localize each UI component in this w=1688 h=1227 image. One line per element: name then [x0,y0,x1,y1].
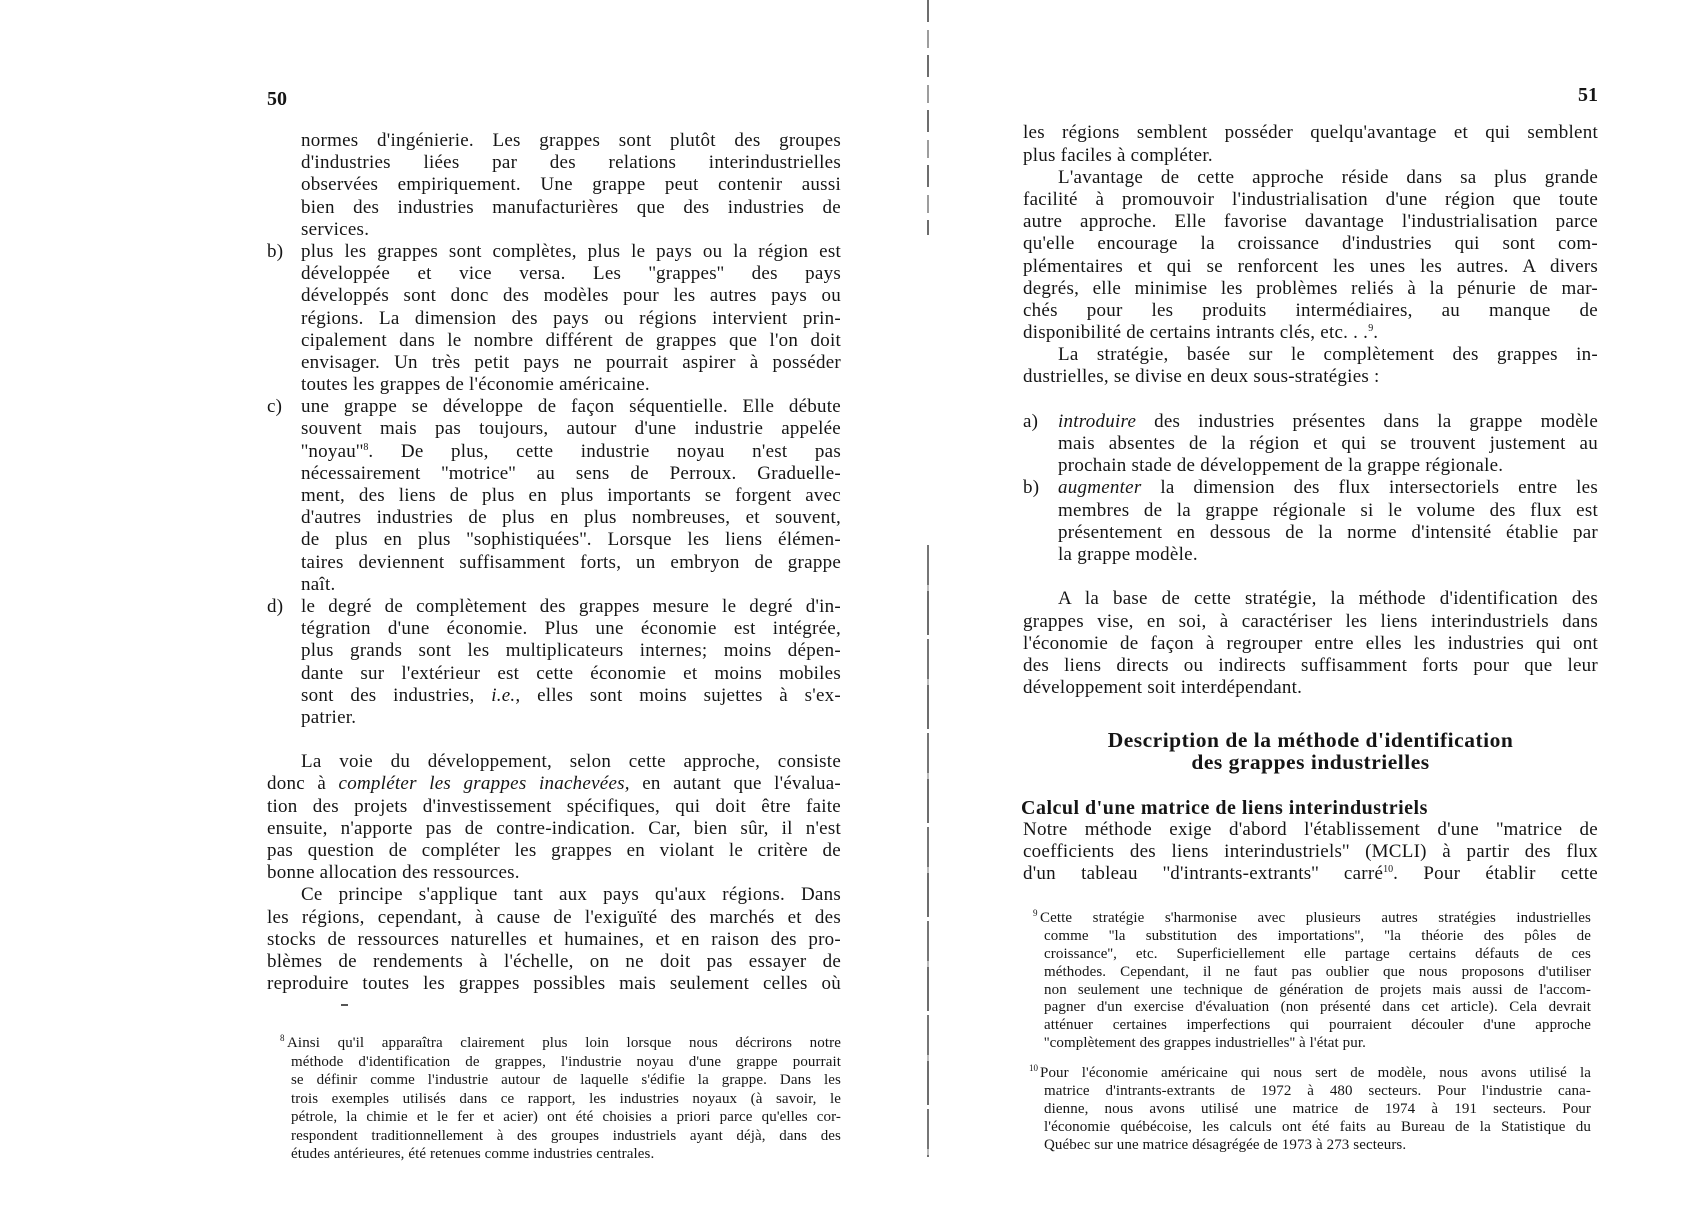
right-page-body: les régions semblent posséder quelqu'ava… [1023,122,1598,699]
text-line: des liens directs ou indirects suffisamm… [1023,655,1598,677]
text-segment: Pour l'économie américaine qui nous sert… [1040,1065,1591,1081]
text-line: nécessairement ''motrice'' au sens de Pe… [301,463,841,485]
text-line: services. [301,219,841,241]
text-line: de plus en plus ''sophistiquées''. Lorsq… [301,529,841,551]
footnote-ref: 10 [1383,864,1393,875]
footnote-ref: 8 [363,442,368,453]
text-line: chés pour les produits intermédiaires, a… [1023,300,1598,322]
text-line: le degré de complètement des grappes mes… [301,596,841,617]
text-line: ment, des liens de plus en plus importan… [301,485,841,507]
text-segment: disponibilité de certains intrants clés,… [1023,322,1368,343]
text-line: La voie du développement, selon cette ap… [267,751,841,773]
footnote-line: atténuer certaines imperfections qui pou… [1044,1017,1591,1035]
text-line: ''noyau''8. De plus, cette industrie noy… [301,441,841,463]
page-number-left: 50 [267,88,287,110]
text-line: ensuite, n'apporte pas de contre-indicat… [267,818,841,840]
italic-text: i.e., [491,685,520,706]
list-item-c: c)une grappe se développe de façon séque… [301,396,841,418]
left-page-body: normes d'ingénierie. Les grappes sont pl… [267,130,841,995]
text-line: reproduire toutes les grappes possibles … [267,973,841,995]
book-gutter-line [927,0,929,235]
text-line: présentement en dessous de la norme d'in… [1058,522,1598,544]
text-segment: . [1373,322,1378,343]
text-line: l'économie de façon à regrouper entre el… [1023,633,1598,655]
text-segment: . Pour établir cette [1393,863,1598,884]
text-line: coefficients des liens interindustriels'… [1023,841,1598,863]
list-item-b: b)plus les grappes sont complètes, plus … [301,241,841,263]
list-item-d: d)le degré de complètement des grappes m… [301,596,841,618]
text-segment: Cette stratégie s'harmonise avec plusieu… [1040,910,1591,926]
text-line: d'un tableau ''d'intrants-extrants'' car… [1023,863,1598,885]
text-line: qu'elle encourage la croissance d'indust… [1023,233,1598,255]
heading-line: Description de la méthode d'identificati… [1023,730,1598,752]
text-line: stocks de ressources naturelles et humai… [267,929,841,951]
section-heading: Description de la méthode d'identificati… [1023,730,1598,773]
footnote-9: 9Cette stratégie s'harmonise avec plusie… [1044,910,1591,1053]
footnote-line: l'économie québécoise, les calculs ont é… [1044,1118,1591,1136]
footnote-line: croissance'', etc. Superficiellement ell… [1044,946,1591,964]
list-item-b: b)augmenter la dimension des flux inters… [1058,477,1598,499]
footnote-line: 9Cette stratégie s'harmonise avec plusie… [1040,910,1591,928]
text-line: tégration d'une économie. Plus une écono… [301,618,841,640]
text-line: développée et vice versa. Les ''grappes'… [301,263,841,285]
text-line: régions. La dimension des pays ou région… [301,308,841,330]
text-line: sont des industries, i.e., elles sont mo… [301,685,841,707]
footnote-line: non seulement une technique de génératio… [1044,982,1591,1000]
text-segment: donc à [267,773,339,794]
text-line: bonne allocation des ressources. [267,862,841,884]
footnote-line: respondent traditionnellement à des grou… [291,1127,841,1146]
footnote-line: comme ''la substitution des importations… [1044,928,1591,946]
italic-text: augmenter [1058,477,1142,498]
text-line: taires deviennent suffisamment forts, un… [301,552,841,574]
text-segment: sont des industries, [301,685,491,706]
scan-artifact [341,1004,348,1006]
text-line: bien des industries manufacturières que … [301,197,841,219]
text-line: cipalement dans le nombre différent de g… [301,330,841,352]
text-line: facilité à promouvoir l'industrialisatio… [1023,189,1598,211]
text-line: dustrielles, se divise en deux sous-stra… [1023,366,1598,388]
list-item-a: a)introduire des industries présentes da… [1058,411,1598,433]
paragraph-gap [267,729,841,751]
text-line: plus les grappes sont complètes, plus le… [301,241,841,262]
footnote-number: 9 [1033,905,1038,923]
italic-text: compléter les grappes inachevées, [339,773,630,794]
footnote-line: méthodes. Cependant, il ne faut pas oubl… [1044,964,1591,982]
paragraph-gap [1023,389,1598,411]
text-line: mais absentes de la région et qui se tro… [1058,433,1598,455]
text-segment: Ainsi qu'il apparaîtra clairement plus l… [287,1035,841,1051]
subsection-heading: Calcul d'une matrice de liens interindus… [1021,797,1428,819]
text-segment: . De plus, cette industrie noyau n'est p… [368,441,841,462]
text-line: souvent mais pas toujours, autour d'une … [301,418,841,440]
subsection-body: Notre méthode exige d'abord l'établissem… [1023,819,1598,886]
list-marker: a) [1023,411,1038,433]
text-line: les régions semblent posséder quelqu'ava… [1023,122,1598,144]
text-line: envisager. Un très petit pays ne pourrai… [301,352,841,374]
text-line: membres de la grappe régionale si le vol… [1058,500,1598,522]
text-segment: elles sont moins sujettes à s'ex- [520,685,841,706]
paragraph-gap [1023,566,1598,588]
footnote-number: 10 [1029,1059,1038,1077]
text-line: une grappe se développe de façon séquent… [301,396,841,417]
footnote-line: 8Ainsi qu'il apparaîtra clairement plus … [287,1034,841,1053]
italic-text: introduire [1058,411,1136,432]
text-line: patrier. [301,707,841,729]
text-line: plus faciles à compléter. [1023,145,1598,167]
text-line: Ce principe s'applique tant aux pays qu'… [267,884,841,906]
list-marker: d) [267,596,283,618]
page-number-right: 51 [1538,84,1598,106]
text-line: développement soit interdépendant. [1023,677,1598,699]
text-line: plus grands sont les multiplicateurs int… [301,640,841,662]
text-line: normes d'ingénierie. Les grappes sont pl… [301,130,841,152]
text-line: donc à compléter les grappes inachevées,… [267,773,841,795]
text-line: Notre méthode exige d'abord l'établissem… [1023,819,1598,841]
text-line: La stratégie, basée sur le complètement … [1023,344,1598,366]
text-segment: la dimension des flux intersectoriels en… [1142,477,1598,498]
text-line: prochain stade de développement de la gr… [1058,455,1598,477]
text-line: L'avantage de cette approche réside dans… [1023,167,1598,189]
text-line: observées empiriquement. Une grappe peut… [301,174,841,196]
footnote-line: méthode d'identification de grappes, l'i… [291,1053,841,1072]
text-line: la grappe modèle. [1058,544,1598,566]
text-segment: des industries présentes dans la grappe … [1136,411,1598,432]
footnote-line: trois exemples utilisés dans ce rapport,… [291,1090,841,1109]
text-line: naît. [301,574,841,596]
text-line: A la base de cette stratégie, la méthode… [1023,588,1598,610]
list-marker: b) [1023,477,1039,499]
footnote-line: se définir comme l'industrie autour de l… [291,1071,841,1090]
footnote-10: 10Pour l'économie américaine qui nous se… [1044,1064,1591,1154]
footnote-8: 8Ainsi qu'il apparaîtra clairement plus … [291,1034,841,1164]
text-line: degrés, elle minimise les problèmes reli… [1023,278,1598,300]
text-line: plémentaires et qui se renforcent les un… [1023,256,1598,278]
text-line: développés sont donc des modèles pour le… [301,285,841,307]
footnote-line: Québec sur une matrice désagrégée de 197… [1044,1136,1591,1154]
book-gutter-line [927,545,929,1157]
footnote-line: dienne, nous avons utilisé une matrice d… [1044,1100,1591,1118]
text-line: pas question de compléter les grappes en… [267,840,841,862]
list-marker: b) [267,241,283,263]
footnote-line: pagner d'un exercise d'évaluation (non p… [1044,999,1591,1017]
text-line: dante sur l'extérieur est cette économie… [301,663,841,685]
text-line: autre approche. Elle favorise davantage … [1023,211,1598,233]
text-segment: ''noyau'' [301,441,363,462]
heading-line: des grappes industrielles [1023,752,1598,774]
footnote-ref: 9 [1368,323,1373,334]
text-line: grappes vise, en soi, à caractériser les… [1023,611,1598,633]
list-marker: c) [267,396,282,418]
text-segment: d'un tableau ''d'intrants-extrants'' car… [1023,863,1383,884]
text-line: blèmes de rendements à l'échelle, on ne … [267,951,841,973]
footnote-line: 10Pour l'économie américaine qui nous se… [1040,1064,1591,1082]
footnote-line: ''complètement des grappes industrielles… [1044,1035,1591,1053]
text-line: d'autres industries de plus en plus nomb… [301,507,841,529]
footnote-line: pétrole, la chimie et le fer et acier) o… [291,1108,841,1127]
text-line: toutes les grappes de l'économie américa… [301,374,841,396]
text-line: disponibilité de certains intrants clés,… [1023,322,1598,344]
footnote-line: matrice d'intrants-extrants de 1972 à 48… [1044,1082,1591,1100]
text-line: d'industries liées par des relations int… [301,152,841,174]
text-segment: en autant que l'évalua- [630,773,841,794]
footnote-number: 8 [280,1029,285,1048]
text-line: tion des projets d'investissement spécif… [267,796,841,818]
footnote-line: études antérieures, été retenues comme i… [291,1145,841,1164]
text-line: les régions, cependant, à cause de l'exi… [267,907,841,929]
